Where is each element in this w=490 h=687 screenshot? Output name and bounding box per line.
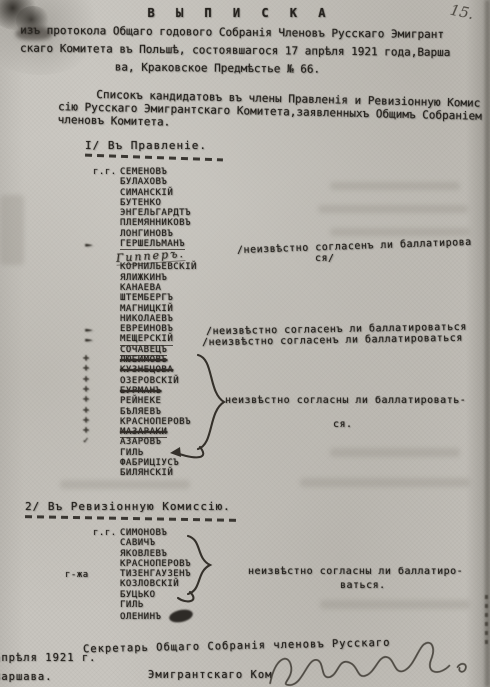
candidate-row: БУРМАНЪ bbox=[120, 386, 197, 396]
candidate-row: СИМАНСКІЙ bbox=[120, 188, 197, 198]
candidate-row: ОЗЕРОВСКІЙ bbox=[120, 376, 197, 386]
board-candidate-list: г.г. /неизвѣстно согласенъ ли баллатиров… bbox=[120, 167, 197, 479]
candidate-name: МАГНИЦКІЙ bbox=[120, 304, 173, 314]
candidate-row: РЕЙНЕКЕ bbox=[120, 396, 197, 406]
candidate-row: ЛЮБИМОВЪ bbox=[120, 355, 197, 365]
honorific-prefix-madam: г-жа bbox=[65, 570, 89, 580]
candidate-row: БИЛЯНСКІЙ bbox=[120, 468, 197, 478]
section-heading-board: I/ Въ Правленіе. bbox=[85, 139, 207, 152]
candidate-name: СИМОНОВЪ bbox=[120, 528, 167, 538]
candidate-name: ТИЗЕНГАУЗЕНЪ bbox=[120, 569, 191, 579]
candidate-row: ГИЛЬ bbox=[120, 448, 197, 458]
candidate-name: ГИЛЬ bbox=[120, 448, 144, 458]
candidate-name: РЕЙНЕКЕ bbox=[120, 396, 161, 406]
annotation-note: /неизвѣстно согласенъ ли баллатирова bbox=[237, 237, 472, 256]
candidate-row: ШТЕМБЕРГЪ bbox=[120, 293, 197, 303]
candidate-name: ФАБРИЦІУСЪ bbox=[120, 458, 179, 468]
candidate-row: КОЗЛОВСКІЙ bbox=[120, 579, 193, 589]
bleed-through-stain bbox=[300, 478, 470, 487]
candidate-name: БИЛЯНСКІЙ bbox=[120, 468, 173, 478]
annotation-note: ся/ bbox=[315, 253, 335, 264]
candidate-row: КРАСНОПЕРОВЪ bbox=[120, 559, 193, 569]
bleed-through-stain bbox=[60, 480, 190, 489]
candidate-name: КАНАЕВА bbox=[120, 283, 161, 293]
scan-edge-marks bbox=[485, 595, 488, 645]
annotation-note: ся. bbox=[333, 419, 353, 430]
document-title: В Ы П И С К А bbox=[140, 6, 340, 20]
candidate-row: КУЗНЕЦОВА bbox=[120, 365, 197, 375]
candidate-name: АЗАРОВЪ bbox=[120, 437, 161, 447]
candidate-row: ФАБРИЦІУСЪ bbox=[120, 458, 197, 468]
candidate-row: КАНАЕВА bbox=[120, 283, 197, 293]
candidate-row: СОЧАВЕЦЪ bbox=[120, 345, 197, 355]
candidate-name: ОЗЕРОВСКІЙ bbox=[120, 376, 179, 386]
candidate-name: БУЛАХОВЪ bbox=[120, 177, 167, 187]
candidate-name: ПЛЕМЯННИКОВЪ bbox=[120, 218, 191, 228]
bleed-through-stain bbox=[320, 600, 470, 609]
annotation-note: неизвѣстно согласны ли баллатировать- bbox=[225, 395, 466, 406]
candidate-row: АЗАРОВЪ bbox=[120, 437, 197, 447]
candidate-row: БУЦЬКО bbox=[120, 590, 193, 600]
bleed-through-stain bbox=[330, 448, 460, 457]
honorific-prefix: г.г. bbox=[93, 528, 117, 538]
candidate-row: БУЛАХОВЪ bbox=[120, 177, 197, 187]
candidate-row: ОЛЕНИНЪ bbox=[120, 610, 193, 620]
candidate-row: ЯЛИЖКИНЪ bbox=[120, 273, 197, 283]
handwritten-page-number: 15. bbox=[449, 1, 476, 24]
candidate-name: КОЗЛОВСКІЙ bbox=[120, 579, 179, 589]
candidate-row: САВИЧЪ bbox=[120, 538, 193, 548]
annotation-note: ваться. bbox=[340, 580, 386, 591]
honorific-prefix: г.г. bbox=[93, 167, 117, 177]
candidate-name: ЯЛИЖКИНЪ bbox=[120, 273, 167, 283]
dashed-underline bbox=[85, 154, 223, 161]
candidate-list-intro: Списокъ кандидатовъ въ члены Правленія и… bbox=[58, 87, 489, 136]
candidate-row: ТИЗЕНГАУЗЕНЪ bbox=[120, 569, 193, 579]
candidate-row: БѢЛЯЕВЪ bbox=[120, 407, 197, 417]
candidate-row: СЕМЕНОВЪ bbox=[120, 167, 197, 177]
candidate-row: МАЗАРАКИ bbox=[120, 427, 197, 437]
candidate-row: НИКОЛАЕВЪ bbox=[120, 314, 197, 324]
candidate-name: ЭНГЕЛЬГАРДТЪ bbox=[120, 208, 191, 218]
date-line: апрѣля 1921 г. bbox=[0, 652, 97, 664]
candidate-row: ПЛЕМЯННИКОВЪ bbox=[120, 218, 197, 228]
candidate-name: НИКОЛАЕВЪ bbox=[120, 314, 173, 324]
candidate-row: ЯКОВЛЕВЪ bbox=[120, 549, 193, 559]
candidate-name: ЯКОВЛЕВЪ bbox=[120, 549, 167, 559]
section-heading-audit: 2/ Въ Ревизіонную Комиссію. bbox=[25, 500, 231, 513]
candidate-name: БУЦЬКО bbox=[120, 590, 156, 600]
organization-line: Эмигрантскаго Ком bbox=[148, 669, 272, 681]
bleed-through-stain bbox=[318, 205, 468, 213]
dashed-underline bbox=[25, 515, 237, 521]
bleed-through-stain bbox=[0, 195, 24, 265]
bleed-through-stain bbox=[330, 228, 470, 236]
candidate-name: ЕВРЕИНОВЪ bbox=[120, 324, 173, 334]
candidate-name: КРАСНОПЕРОВЪ bbox=[120, 417, 191, 427]
candidate-row: ЛОНГИНОВЪ bbox=[120, 229, 197, 239]
candidate-name: СЕМЕНОВЪ bbox=[120, 167, 167, 177]
annotation-note: неизвѣстно согласны ли баллатиро- bbox=[248, 566, 463, 577]
candidate-row: КОРНИЛЬЕВСКІЙ bbox=[120, 262, 197, 272]
candidate-row: КРАСНОПЕРОВЪ bbox=[120, 417, 197, 427]
candidate-row: МАГНИЦКІЙ bbox=[120, 304, 197, 314]
candidate-name: ЛЮБИМОВЪ bbox=[120, 355, 167, 365]
candidate-name: САВИЧЪ bbox=[120, 538, 156, 548]
audit-candidate-list: г.г. г-жа неизвѣстно согласны ли баллати… bbox=[120, 528, 193, 621]
protocol-header: изъ протокола Общаго годового Собранія Ч… bbox=[20, 22, 486, 81]
candidate-row: ЭНГЕЛЬГАРДТЪ bbox=[120, 208, 197, 218]
candidate-name: КОРНИЛЬЕВСКІЙ bbox=[120, 262, 197, 272]
candidate-row: БУТЕНКО bbox=[120, 198, 197, 208]
candidate-name: ЛОНГИНОВЪ bbox=[120, 229, 173, 239]
candidate-name: БѢЛЯЕВЪ bbox=[120, 407, 161, 417]
candidate-name: БУТЕНКО bbox=[120, 198, 161, 208]
bleed-through-stain bbox=[330, 182, 460, 190]
city-line: Варшава. bbox=[0, 671, 53, 683]
candidate-row: ЕВРЕИНОВЪ bbox=[120, 324, 197, 334]
candidate-row: СИМОНОВЪ bbox=[120, 528, 193, 538]
candidate-name: БУРМАНЪ bbox=[120, 386, 161, 396]
candidate-name: ОЛЕНИНЪ bbox=[120, 610, 193, 622]
candidate-name: СИМАНСКІЙ bbox=[120, 188, 173, 198]
candidate-name: КРАСНОПЕРОВЪ bbox=[120, 559, 191, 569]
candidate-name: ГИЛЬ bbox=[120, 600, 144, 610]
candidate-name: КУЗНЕЦОВА bbox=[120, 365, 173, 375]
candidate-name: ШТЕМБЕРГЪ bbox=[120, 293, 173, 303]
candidate-row: МЕЩЕРСКІЙ bbox=[120, 334, 197, 344]
